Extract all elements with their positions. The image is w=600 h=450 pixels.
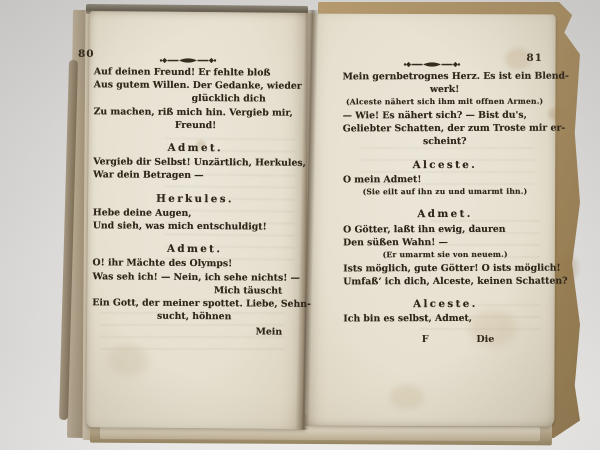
left-page-text: Auf deinen Freund! Er fehlte bloßAus gut… [92, 65, 298, 339]
verse-line: Und sieh, was mich entschuldigt! [93, 219, 297, 234]
speaker-heading: Admet. [93, 141, 297, 156]
page-number-right: 81 [526, 52, 543, 64]
verse-line: Zu machen, riß mich hin. Vergieb mir, [94, 105, 298, 120]
verse-line: War dein Betragen — [93, 169, 297, 184]
stage-direction: (Sie eilt auf ihn zu und umarmt ihn.) [343, 186, 547, 199]
verse-line: werk! [343, 83, 547, 97]
right-page-header: 81 [343, 52, 545, 66]
speaker-heading: Alceste. [343, 158, 547, 172]
signature-mark: F [422, 334, 429, 345]
verse-line: O! ihr Mächte des Olymps! [93, 257, 297, 272]
verse-line: Ists möglich, gute Götter! O ists möglic… [343, 261, 547, 275]
verse-line: Mein gernbetrognes Herz. Es ist ein Blen… [343, 70, 547, 84]
verse-line: Umfaß’ ich dich, Alceste, keinen Schatte… [343, 274, 547, 288]
page-number-left: 80 [78, 48, 95, 60]
speaker-heading: Herkules. [93, 192, 297, 207]
verse-line: Ein Gott, der meiner spottet. Liebe, Seh… [92, 296, 296, 311]
right-page-text: Mein gernbetrognes Herz. Es ist ein Blen… [343, 70, 548, 326]
right-page-footer: F Die [343, 334, 545, 348]
verse-line: Aus gutem Willen. Der Gedanke, wieder [94, 78, 298, 93]
verse-line: O Götter, laßt ihn ewig, dauren [343, 222, 547, 236]
stage-direction: (Er umarmt sie von neuem.) [343, 249, 547, 262]
catchword: Die [476, 334, 494, 345]
speaker-heading: Admet. [93, 243, 297, 258]
verse-line: scheint? [343, 135, 547, 149]
speaker-heading: Admet. [343, 208, 547, 222]
catchword: Mein [92, 325, 296, 340]
verse-line: Geliebter Schatten, der zum Troste mir e… [343, 122, 547, 136]
verse-line: Was seh ich! — Nein, ich sehe nichts! — [92, 270, 296, 285]
verse-line: sucht, höhnen [92, 310, 296, 325]
verse-line: Ich bin es selbst, Admet, [343, 312, 547, 326]
verse-line: — Wie! Es nähert sich? — Bist du's, [343, 109, 547, 123]
stage-direction: (Alceste nähert sich ihm mit offnen Arme… [343, 96, 547, 109]
verse-line: Freund! [93, 118, 297, 133]
verse-line: O mein Admet! [343, 172, 547, 186]
speaker-heading: Alceste. [343, 298, 547, 312]
photo-of-open-book: { "scene": { "description": "Photograph … [0, 0, 600, 450]
left-page-header: 80 [78, 48, 298, 62]
verse-line: Den süßen Wahn! — [343, 235, 547, 249]
